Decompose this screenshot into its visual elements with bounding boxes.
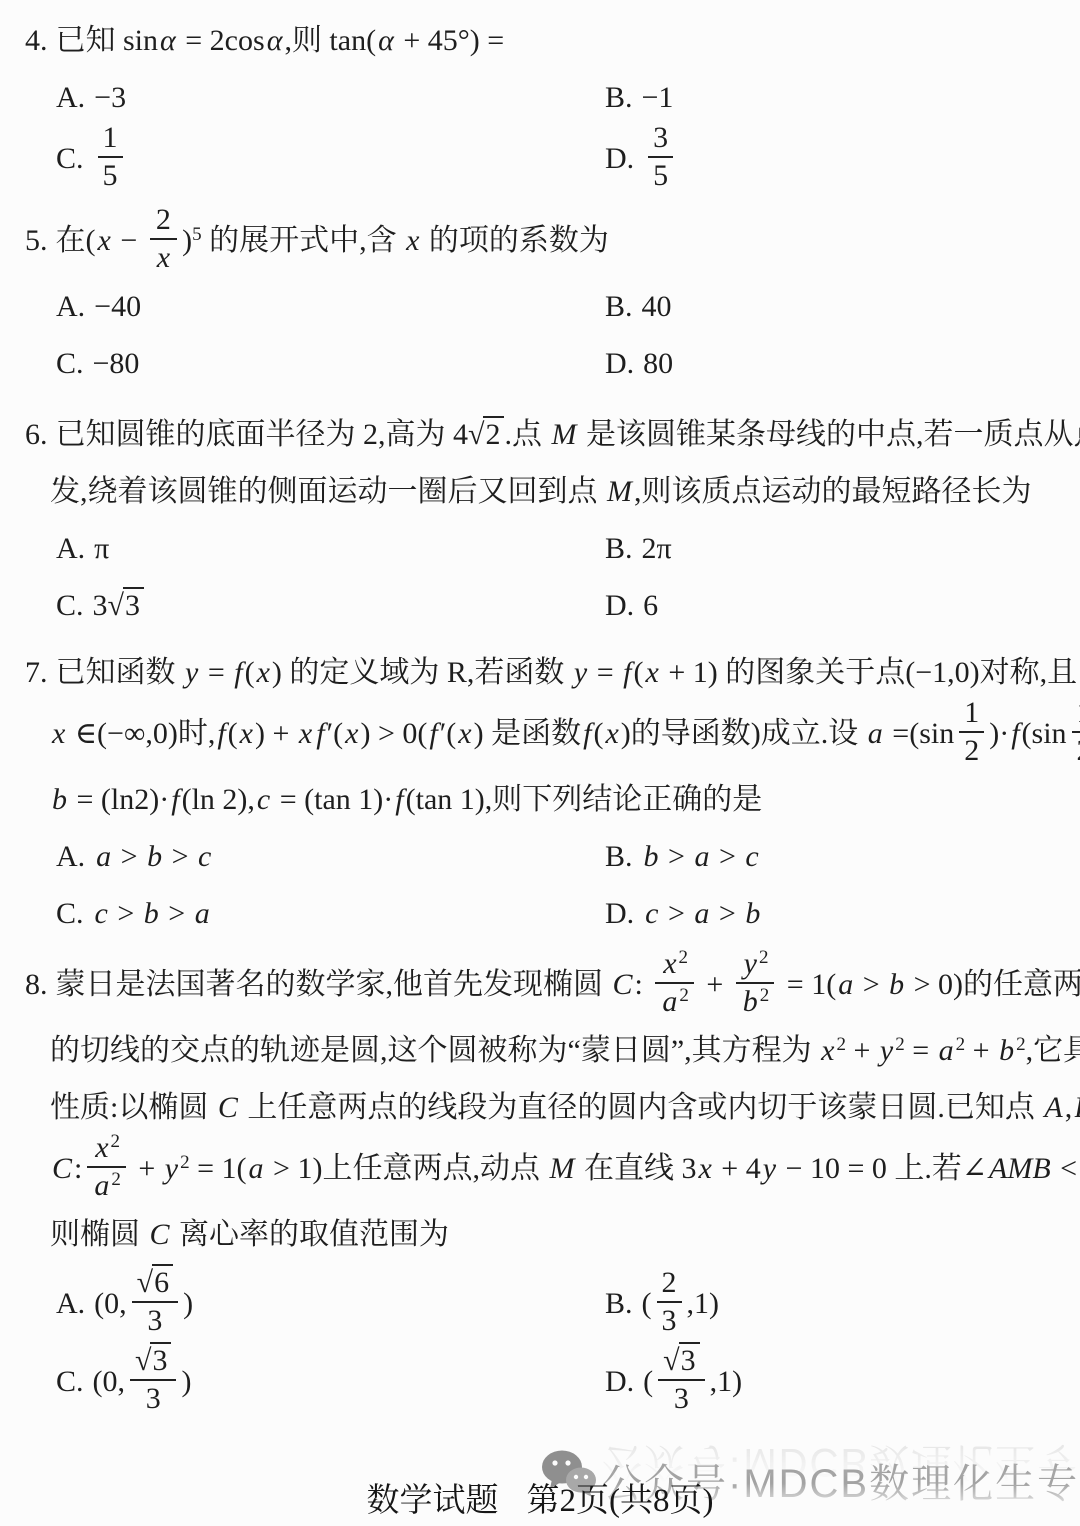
option-content: 3√3 [93,589,144,622]
option-label: D. [605,897,634,930]
math-variable: b [997,1034,1016,1067]
math-sqrt: √3 [108,589,144,622]
math-variable: b [741,985,760,1018]
math-variable: b [50,783,69,816]
math-fraction: 23 [657,1267,682,1337]
math-variable: C [216,1091,240,1124]
math-variable: f [232,656,244,689]
math-variable: c [196,840,213,873]
option-4D: D.35 [605,126,1080,196]
question-4: 4.已知 sinα = 2cosα,则 tan(α + 45°) =A.−3B.… [0,12,1080,196]
math-variable: c [93,897,110,930]
option-content: −3 [94,81,126,114]
sqrt-radicand: 6 [152,1264,173,1299]
fraction-numerator: √3 [658,1345,704,1381]
math-variable: x [644,656,661,689]
sqrt-radicand: 3 [150,1342,171,1377]
option-label: A. [56,81,85,114]
math-sqrt: √3 [135,1344,171,1377]
math-variable: y [878,1034,895,1067]
exam-page: 4.已知 sinα = 2cosα,则 tan(α + 45°) =A.−3B.… [0,0,1080,1526]
math-variable: x [456,717,473,750]
option-label: C. [56,1365,84,1398]
option-8D: D.(√33,1) [605,1349,1080,1419]
question-7-stem-line: b = (ln2)·f(ln 2),c = (tan 1)·f(tan 1),则… [0,771,1080,828]
math-variable: x [661,947,678,980]
math-superscript: 2 [180,1152,190,1173]
math-variable: y [761,1152,778,1185]
math-superscript: 5 [192,224,202,245]
math-variable: x [155,241,172,274]
option-label: A. [56,1287,85,1320]
math-variable: f [1009,717,1021,750]
question-number: 7. [25,656,48,689]
math-variable: f [581,717,593,750]
math-variable: α [376,24,396,57]
option-label: B. [605,81,633,114]
fraction-denominator: 5 [648,158,673,192]
options-row: C.c > b > aD.c > a > b [0,885,1080,942]
option-7C: C.c > b > a [0,885,605,942]
footer-doc-title: 数学试题 [367,1474,499,1521]
radical-sign-icon: √ [663,1344,679,1377]
math-superscript: 2 [956,1034,966,1055]
fraction-numerator: 2 [657,1267,682,1303]
page-footer: 数学试题 第2页(共8页) [0,1474,1080,1521]
math-variable: B [1072,1091,1080,1124]
option-label: B. [605,532,633,565]
math-variable: x [819,1034,836,1067]
math-variable: y [163,1152,180,1185]
fraction-denominator: a2 [87,1168,126,1202]
option-label: B. [605,840,633,873]
fraction-numerator: √6 [132,1267,178,1303]
options-row: C.3√3D.6 [0,577,1080,634]
option-content: c > a > b [643,897,762,930]
option-label: A. [56,532,85,565]
math-variable: f [393,783,405,816]
math-sqrt: √6 [137,1266,173,1299]
option-content: b > a > c [642,840,761,873]
option-content: π [94,532,109,565]
math-variable: x [238,717,255,750]
math-fraction: 15 [98,122,123,192]
math-variable: f [621,656,633,689]
option-label: D. [605,589,634,622]
option-content: a > b > c [94,840,213,873]
question-8-stem-line: C:x2a2 + y2 = 1(a > 1)上任意两点,动点 M 在直线 3x … [0,1136,1080,1206]
option-label: D. [605,347,634,380]
question-8: 8.蒙日是法国著名的数学家,他首先发现椭圆 C: x2a2 + y2b2 = 1… [0,952,1080,1419]
sqrt-radicand: 2 [483,416,504,451]
options-row: A.−40B.40 [0,278,1080,335]
math-variable: a [836,968,855,1001]
option-label: A. [56,290,85,323]
options-row: C.15D.35 [0,126,1080,196]
option-4B: B.−1 [605,69,1080,126]
math-variable: A [1042,1091,1064,1124]
math-variable: a [92,1169,111,1202]
math-variable: b [887,968,906,1001]
math-variable: M [549,418,578,451]
math-fraction: y2b2 [736,948,775,1018]
math-superscript: 2 [760,985,770,1006]
option-content: 80 [643,347,673,380]
fraction-denominator: 3 [132,1303,178,1337]
math-variable: a [937,1034,956,1067]
questions-container: 4.已知 sinα = 2cosα,则 tan(α + 45°) =A.−3B.… [0,8,1080,1419]
option-5C: C.−80 [0,335,605,392]
fraction-numerator: 3 [648,122,673,158]
fraction-numerator: y2 [736,948,775,984]
question-8-stem-line: 则椭圆 C 离心率的取值范围为 [0,1206,1080,1263]
math-fraction: 12 [1072,697,1080,767]
math-variable: x [96,224,113,257]
option-7D: D.c > a > b [605,885,1080,942]
math-variable: f [427,717,439,750]
options-row: A.πB.2π [0,520,1080,577]
question-7-stem-line: x ∈(−∞,0)时,f(x) + xf′(x) > 0(f′(x) 是函数f(… [0,701,1080,771]
math-variable: x [696,1152,713,1185]
math-variable: a [247,1152,266,1185]
question-8-stem-line: 8.蒙日是法国著名的数学家,他首先发现椭圆 C: x2a2 + y2b2 = 1… [0,952,1080,1022]
option-6C: C.3√3 [0,577,605,634]
option-content: 15 [93,142,128,175]
math-superscript: 2 [111,1131,121,1152]
math-variable: f [169,783,181,816]
math-variable: a [692,840,711,873]
option-label: C. [56,347,84,380]
math-variable: C [50,1152,74,1185]
math-variable: f [215,717,227,750]
math-variable: C [611,968,635,1001]
options-row: C.−80D.80 [0,335,1080,392]
option-content: (23,1) [642,1287,720,1320]
math-variable: x [343,717,360,750]
option-8A: A.(0,√63) [0,1271,605,1341]
fraction-denominator: 5 [98,158,123,192]
fraction-denominator: 3 [130,1381,176,1415]
question-7-stem-line: 7.已知函数 y = f(x) 的定义域为 R,若函数 y = f(x + 1)… [0,644,1080,701]
math-fraction: 12 [959,697,984,767]
question-4-stem-line: 4.已知 sinα = 2cosα,则 tan(α + 45°) = [0,12,1080,69]
option-7B: B.b > a > c [605,828,1080,885]
options-row: A.−3B.−1 [0,69,1080,126]
question-8-stem-line: 的切线的交点的轨迹是圆,这个圆被称为“蒙日圆”,其方程为 x2 + y2 = a… [0,1022,1080,1079]
math-fraction: √63 [132,1267,178,1337]
question-5-stem-line: 5.在(x − 2x)5 的展开式中,含 x 的项的系数为 [0,208,1080,278]
math-variable: α [265,24,285,57]
question-7: 7.已知函数 y = f(x) 的定义域为 R,若函数 y = f(x + 1)… [0,644,1080,942]
option-label: B. [605,1287,633,1320]
math-variable: a [94,840,113,873]
question-number: 6. [25,418,48,451]
option-6A: A.π [0,520,605,577]
option-content: −1 [642,81,674,114]
math-superscript: 2 [1016,1034,1026,1055]
math-superscript: 2 [111,1169,121,1190]
math-variable: M [605,475,634,508]
math-fraction: 35 [648,122,673,192]
math-superscript: 2 [679,947,689,968]
fraction-numerator: x2 [87,1132,126,1168]
fraction-denominator: b2 [736,984,775,1018]
math-variable: x [50,717,67,750]
math-variable: f [314,717,326,750]
sqrt-radicand: 3 [679,1342,700,1377]
math-variable: b [145,840,164,873]
question-number: 4. [25,24,48,57]
math-variable: a [692,897,711,930]
math-variable: b [642,840,661,873]
option-label: C. [56,589,84,622]
option-label: B. [605,290,633,323]
question-6-stem-line: 发,绕着该圆锥的侧面运动一圈后又回到点 M,则该质点运动的最短路径长为 [0,463,1080,520]
math-variable: x [93,1131,110,1164]
radical-sign-icon: √ [468,418,484,451]
question-8-stem-line: 性质:以椭圆 C 上任意两点的线段为直径的圆内含或内切于该蒙日圆.已知点 A,B… [0,1079,1080,1136]
math-variable: y [742,947,759,980]
footer-page-info: 第2页(共8页) [527,1474,714,1521]
options-row: A.a > b > cB.b > a > c [0,828,1080,885]
question-5: 5.在(x − 2x)5 的展开式中,含 x 的项的系数为A.−40B.40C.… [0,208,1080,392]
math-variable: x [404,224,421,257]
fraction-denominator: a2 [655,984,694,1018]
fraction-numerator: 1 [98,122,123,158]
math-sqrt: √2 [468,418,504,451]
fraction-denominator: 2 [959,733,984,767]
fraction-numerator: 1 [959,697,984,733]
math-variable: a [660,985,679,1018]
question-number: 5. [25,224,48,257]
fraction-numerator: √3 [130,1345,176,1381]
radical-sign-icon: √ [108,589,124,622]
fraction-numerator: 1 [1072,697,1080,733]
question-number: 8. [25,968,48,1001]
option-content: c > b > a [93,897,212,930]
math-variable: a [866,717,885,750]
option-5A: A.−40 [0,278,605,335]
option-content: 40 [642,290,672,323]
option-4C: C.15 [0,126,605,196]
math-superscript: 2 [679,985,689,1006]
math-variable: y [572,656,589,689]
math-variable: b [142,897,161,930]
fraction-denominator: 3 [658,1381,704,1415]
option-content: (0,√63) [94,1287,193,1320]
fraction-denominator: 2 [1072,733,1080,767]
option-content: −80 [93,347,140,380]
math-variable: α [158,24,178,57]
math-superscript: 2 [759,947,769,968]
option-8C: C.(0,√33) [0,1349,605,1419]
option-5B: B.40 [605,278,1080,335]
option-label: D. [605,142,634,175]
option-content: (√33,1) [643,1365,742,1398]
option-content: (0,√33) [93,1365,192,1398]
math-variable: AMB [987,1152,1053,1185]
option-6D: D.6 [605,577,1080,634]
option-content: 6 [643,589,658,622]
fraction-numerator: 2 [150,204,177,240]
option-content: 2π [642,532,672,565]
math-variable: c [255,783,272,816]
math-variable: x [255,656,272,689]
math-fraction: 2x [150,204,177,274]
math-superscript: 2 [836,1034,846,1055]
math-variable: C [148,1218,172,1251]
radical-sign-icon: √ [137,1266,153,1299]
question-6: 6.已知圆锥的底面半径为 2,高为 4√2.点 M 是该圆锥某条母线的中点,若一… [0,406,1080,634]
math-variable: x [297,717,314,750]
option-4A: A.−3 [0,69,605,126]
option-content: −40 [94,290,141,323]
math-variable: c [743,840,760,873]
math-fraction: x2a2 [655,948,694,1018]
option-5D: D.80 [605,335,1080,392]
sqrt-radicand: 3 [123,587,144,622]
math-variable: x [603,717,620,750]
option-content: 35 [643,142,678,175]
radical-sign-icon: √ [135,1344,151,1377]
option-label: C. [56,142,84,175]
option-7A: A.a > b > c [0,828,605,885]
options-row: C.(0,√33)D.(√33,1) [0,1349,1080,1419]
fraction-denominator: x [150,240,177,274]
math-fraction: √33 [658,1345,704,1415]
fraction-denominator: 3 [657,1303,682,1337]
option-6B: B.2π [605,520,1080,577]
math-superscript: 2 [895,1034,905,1055]
math-fraction: x2a2 [87,1132,126,1202]
math-variable: a [193,897,212,930]
option-8B: B.(23,1) [605,1271,1080,1341]
math-variable: M [547,1152,576,1185]
math-variable: b [743,897,762,930]
option-label: D. [605,1365,634,1398]
question-6-stem-line: 6.已知圆锥的底面半径为 2,高为 4√2.点 M 是该圆锥某条母线的中点,若一… [0,406,1080,463]
math-sqrt: √3 [663,1344,699,1377]
option-label: A. [56,840,85,873]
math-fraction: √33 [130,1345,176,1415]
math-variable: c [643,897,660,930]
option-label: C. [56,897,84,930]
options-row: A.(0,√63)B.(23,1) [0,1271,1080,1341]
fraction-numerator: x2 [655,948,694,984]
math-variable: y [183,656,200,689]
